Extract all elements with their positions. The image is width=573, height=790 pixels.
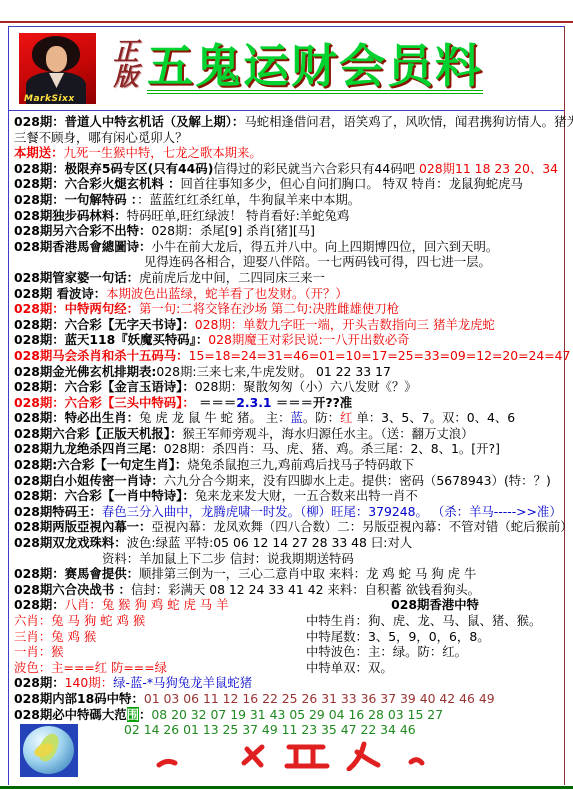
photo-face-shape <box>46 46 67 72</box>
text-segment: 028期：六合彩火煺玄机料 ： <box>14 176 180 191</box>
text-line: 028期：一句解特码 ：：蓝蓝红红杀红单，牛狗鼠羊来中本期。 <box>14 192 564 208</box>
text-line: 028期：极限弃5码专区(只有44码)信得过的彩民就当六合彩只有44码吧 028… <box>14 161 564 177</box>
panel-lines: 中特生肖：狗、虎、龙、马、鼠、猪、猴。中特尾数：3、5，9，0，6，8。中特波色… <box>306 613 564 675</box>
text-segment: 2.3.1 <box>236 395 271 410</box>
text-line: 三餐不顾身，哪有闲心觅卯人？ <box>14 130 564 146</box>
text-segment: 028期：六合彩【一肖中特诗】： <box>14 488 195 503</box>
text-line: 028期白小姐传密一肖诗：六九分合今期来，没有四脚水上走。提供：密码（56789… <box>14 473 564 489</box>
text-line: 028期独步码林料：特码旺单,旺红绿波！ 特肖看好:羊蛇兔鸡 <box>14 208 564 224</box>
text-segment: 028期另六合彩不出特： <box>14 223 151 238</box>
text-segment: 028期必中特碼大范 <box>14 707 127 722</box>
text-line: 028期管家婆一句话：虎前虎后龙中间，二四同床三来一 <box>14 270 564 286</box>
text-line: 028期六合彩【正版天机报】：猴王军师旁观斗，海水归源任水主。（送：翻万丈浪） <box>14 426 564 442</box>
text-segment: 波色:绿蓝 平特:05 06 12 14 27 28 33 48 曰:对人 <box>127 535 413 550</box>
text-segment: 028期：特必出生肖： <box>14 410 139 425</box>
page-title: 五鬼运财会员料 <box>147 43 483 94</box>
text-segment: 028期：杀尾[9] 杀肖[猪][马] <box>151 223 315 238</box>
text-segment: 一肖：猴 <box>14 644 64 659</box>
text-line: 028期特码王：春色三分入曲中，龙腾虎啸一时发。（柳）旺尾：379248。 （杀… <box>14 504 564 520</box>
text-line: 028期：140期：绿-蓝-*马狗兔龙羊鼠蛇猪 <box>14 675 306 691</box>
text-segment: 第一句:二将交锋在沙场 第二句:决胜雌雄使刀枪 <box>139 301 399 316</box>
text-line: 中特尾数：3、5，9，0，6，8。 <box>306 629 564 645</box>
text-line: 028期内部18码中特：01 03 06 11 12 16 22 25 26 3… <box>14 691 564 707</box>
text-segment: 028期香港馬會總圖诗： <box>14 239 151 254</box>
text-segment: 028期：聚散匆匆（小）六八发财《？》 <box>195 379 417 394</box>
text-segment: 信得过的彩民就当六合彩只有44码吧 <box>213 161 419 176</box>
text-segment: 本期送： <box>14 145 64 160</box>
content-area: 028期：普道人中特玄机话（及解上期）：马蛇相逢借问君，语笑鸡了，风吹情，闻君携… <box>9 111 564 738</box>
text-line: 028期：赛馬會提供：顺排第三倒为一，三心二意肖中取 来料：龙 鸡 蛇 马 狗 … <box>14 566 564 582</box>
text-line: 028期：六合彩【一肖中特诗】：兔来龙来发大财，一五合数来出特一肖不 <box>14 488 564 504</box>
text-segment: 猴王军师旁观斗，海水归源任水主。（送：翻万丈浪） <box>182 426 473 441</box>
text-segment: 特码旺单,旺红绿波！ 特肖看好:羊蛇兔鸡 <box>127 208 350 223</box>
lottery-tip-sheet-page: { "header": { "edition_mark": "正版", "tit… <box>0 0 573 790</box>
text-line: 028期：普道人中特玄机话（及解上期）：马蛇相逢借问君，语笑鸡了，风吹情，闻君携… <box>14 114 564 130</box>
text-line: 02 14 26 01 13 25 37 49 11 23 35 47 22 3… <box>14 722 564 738</box>
text-line: 一肖：猴 <box>14 644 306 660</box>
text-line: 028期马会杀肖和杀十五码马：15=18=24=31=46=01=10=17=2… <box>14 348 564 364</box>
text-line: 028期：六合彩【金言玉语诗】：028期：聚散匆匆（小）六八发财《？》 <box>14 379 564 395</box>
text-segment: 虎前虎后龙中间，二四同床三来一 <box>139 270 325 285</box>
text-segment: 028期：六合彩【金言玉语诗】： <box>14 379 195 394</box>
two-column-section: 028期：八肖：兔 猴 狗 鸡 蛇 虎 马 羊六肖：兔 马 狗 蛇 鸡 猴三肖：… <box>14 597 564 691</box>
text-line: 中特生肖：狗、虎、龙、马、鼠、猪、猴。 <box>306 613 564 629</box>
text-segment: 028期:六合彩【一句定生肖】： <box>14 457 187 472</box>
text-segment: 烧兔杀鼠抱三九,鸡前鸡后找马子特码敢下 <box>187 457 414 472</box>
main-bordered-box: MarkSixx 正版 五鬼运财会员料 028期：普道人中特玄机话（及解上期）：… <box>8 26 565 785</box>
text-line: 028期另六合彩不出特：028期：杀尾[9] 杀肖[猪][马] <box>14 223 564 239</box>
top-red-divider <box>0 21 573 23</box>
text-segment: 028期马会杀肖和杀十五码马： <box>14 348 189 363</box>
edition-mark: 正版 <box>112 38 137 100</box>
text-segment: 028期 看波诗： <box>14 286 106 301</box>
text-segment: 028期六合彩【正版天机报】： <box>14 426 182 441</box>
text-segment: 028期魔王对彩民说:一八开出数必奇 <box>208 332 409 347</box>
text-segment: 028期：六合彩【无字天书诗】： <box>14 317 195 332</box>
text-segment: 028期独步码林料： <box>14 208 127 223</box>
text-segment: 028期：蓝天118『妖魔买特码』： <box>14 332 208 347</box>
text-segment: 本期波色出蓝绿，蛇羊看了也发财。（开？） <box>106 286 348 301</box>
text-segment: 九死一生猴中特，七龙之歌本期来。 <box>64 145 262 160</box>
text-line: 028期两版亞視內幕一：亞視內幕：龙凤欢舞（四八合数）二：另版亞視內幕：不管对错… <box>14 519 564 535</box>
text-segment: 马蛇相逢借问君，语笑鸡了，风吹情，闻君携狗访情人。猪为 <box>244 114 573 129</box>
text-segment: 中特波色：主：绿。防：红。 <box>306 644 467 659</box>
text-segment: 028期：六合彩【三头中特码】： <box>14 395 195 410</box>
main-text-lines: 028期：普道人中特玄机话（及解上期）：马蛇相逢借问君，语笑鸡了，风吹情，闻君携… <box>14 114 564 597</box>
text-segment: 六九分合今期来，没有四脚水上走。提供：密码（5678943）(特：？) <box>164 473 551 488</box>
text-segment: 。防： <box>303 410 340 425</box>
text-segment: 028期九龙绝杀四肖三尾： <box>14 441 164 456</box>
text-line: 028期必中特碼大范围：08 20 32 07 19 31 43 05 29 0… <box>14 707 564 723</box>
text-line: 028期：六合彩火煺玄机料 ：回首往事知多少，但心自问扪胸口。 特双 特肖：龙鼠… <box>14 176 564 192</box>
text-segment: ：蓝蓝红红杀红单，牛狗鼠羊来中本期。 <box>137 192 360 207</box>
text-segment: 八肖：兔 猴 狗 鸡 蛇 虎 马 羊 <box>65 597 229 612</box>
text-line: 028期：八肖：兔 猴 狗 鸡 蛇 虎 马 羊 <box>14 597 306 613</box>
text-line: 见得连码各相合，迎娶八伴陪。一七两码钱可得，四七进一层。 <box>14 254 564 270</box>
panel-title: 028期香港中特 <box>306 597 564 613</box>
text-line: 028期：中特两句经：第一句:二将交锋在沙场 第二句:决胜雌雄使刀枪 <box>14 301 564 317</box>
text-segment: 01 03 06 11 12 16 22 25 26 31 33 36 37 3… <box>144 691 495 706</box>
text-segment: 140期： <box>65 675 113 690</box>
text-segment: 六肖：兔 马 狗 蛇 鸡 猴 <box>14 613 145 628</box>
woman-portrait-photo: MarkSixx <box>19 33 96 104</box>
text-segment: 028期金光佛玄机排期表: <box>14 364 156 379</box>
text-segment: 15=18=24=31=46=01=10=17=25=33=09=12=20=2… <box>189 348 571 363</box>
text-line: 028期 看波诗：本期波色出蓝绿，蛇羊看了也发财。（开？） <box>14 286 564 302</box>
text-segment: 绿-蓝-*马狗兔龙羊鼠蛇猪 <box>113 675 252 690</box>
text-segment: 028期：普道人中特玄机话（及解上期）： <box>14 114 244 129</box>
hongkong-special-panel: 028期香港中特 中特生肖：狗、虎、龙、马、鼠、猪、猴。中特尾数：3、5，9，0… <box>306 597 564 691</box>
text-segment: 028期11 18 23 20、34 <box>419 161 558 176</box>
zodiac-picks-column: 028期：八肖：兔 猴 狗 鸡 蛇 虎 马 羊六肖：兔 马 狗 蛇 鸡 猴三肖：… <box>14 597 306 691</box>
text-segment: ＝＝＝ <box>195 395 237 410</box>
text-segment: 08 20 32 07 19 31 43 05 29 04 16 28 03 1… <box>151 707 443 722</box>
text-line: 028期金光佛玄机排期表:028期:三来七来,牛虎发财。 01 22 33 17 <box>14 364 564 380</box>
text-segment: 小牛在前大龙后，得五并八中。向上四期博四位，回六到天明。 <box>151 239 498 254</box>
text-segment: 中特单双：双。 <box>306 660 393 675</box>
text-segment: 028期特码王： <box>14 504 102 519</box>
text-segment: 028期：杀四肖：马、虎、猪、鸡。杀三尾：2、8、1。[开?] <box>164 441 500 456</box>
text-line: 本期送：九死一生猴中特，七龙之歌本期来。 <box>14 145 564 161</box>
text-line: 028期双龙戏珠料：波色:绿蓝 平特:05 06 12 14 27 28 33 … <box>14 535 564 551</box>
text-segment: 02 14 26 01 13 25 37 49 11 23 35 47 22 3… <box>124 722 416 737</box>
text-segment: 028期双龙戏珠料： <box>14 535 127 550</box>
text-segment: 围 <box>127 707 139 722</box>
text-line: 中特波色：主：绿。防：红。 <box>306 644 564 660</box>
red-brush-stroke-fragments <box>149 739 449 771</box>
text-segment: 028期：极限弃5码专区(只有44码) <box>14 161 213 176</box>
photo-caption: MarkSixx <box>24 94 75 104</box>
text-line: 028期香港馬會總圖诗：小牛在前大龙后，得五并八中。向上四期博四位，回六到天明。 <box>14 239 564 255</box>
text-segment: 信封：彩满天 08 12 24 33 41 42 来料：自积蓄 欲钱看狗头。 <box>131 582 480 597</box>
text-line: 波色：主===红 防===绿 <box>14 660 306 676</box>
text-segment: 028期：赛馬會提供： <box>14 566 139 581</box>
text-segment: 单：3、5、7。双：0、4、6 <box>352 410 515 425</box>
text-segment: 回首往事知多少，但心自问扪胸口。 特双 特肖：龙鼠狗蛇虎马 <box>180 176 522 191</box>
text-segment: 红 <box>340 410 352 425</box>
text-segment: 028期：中特两句经： <box>14 301 139 316</box>
text-line: 028期：特必出生肖：兔 虎 龙 鼠 牛 蛇 猪。 主：蓝。防：红 单：3、5、… <box>14 410 564 426</box>
text-segment: 028期： <box>14 597 65 612</box>
text-line: 028期：六合彩【三头中特码】： ＝＝＝2.3.1 ＝＝＝开??准 <box>14 395 564 411</box>
text-segment: 蓝 <box>290 410 302 425</box>
text-line: 资料：羊加鼠上下二步 信封：说我期期送特码 <box>14 551 564 567</box>
page-header: MarkSixx 正版 五鬼运财会员料 <box>9 27 564 111</box>
text-segment: 028期两版亞視內幕一： <box>14 519 151 534</box>
text-segment: 028期内部18码中特： <box>14 691 144 706</box>
text-segment: 028期管家婆一句话： <box>14 270 139 285</box>
text-line: 三肖：兔 鸡 猴 <box>14 629 306 645</box>
text-line: 028期六合决战书 ：信封：彩满天 08 12 24 33 41 42 来料：自… <box>14 582 564 598</box>
text-segment: 028期:三来七来,牛虎发财。 01 22 33 17 <box>156 364 391 379</box>
bottom-green-divider <box>0 786 573 789</box>
text-line: 六肖：兔 马 狗 蛇 鸡 猴 <box>14 613 306 629</box>
text-line: 028期：蓝天118『妖魔买特码』：028期魔王对彩民说:一八开出数必奇 <box>14 332 564 348</box>
text-segment: 028期六合决战书 ： <box>14 582 131 597</box>
text-segment: 028期：单数九字旺一端，开头吉数指向三 猪羊龙虎蛇 <box>195 317 495 332</box>
text-segment: 028期白小姐传密一肖诗： <box>14 473 164 488</box>
text-segment: 亞視內幕：龙凤欢舞（四八合数）二：另版亞視內幕：不管对错（蛇后猴前） <box>151 519 572 534</box>
text-segment: 028期： <box>14 675 65 690</box>
text-line: 中特单双：双。 <box>306 660 564 676</box>
bottom-number-lines: 028期内部18码中特：01 03 06 11 12 16 22 25 26 3… <box>14 691 564 738</box>
text-segment: 三餐不顾身，哪有闲心觅卯人？ <box>14 130 187 145</box>
text-segment: 028期：一句解特码 ： <box>14 192 137 207</box>
text-line: 028期:六合彩【一句定生肖】：烧兔杀鼠抱三九,鸡前鸡后找马子特码敢下 <box>14 457 564 473</box>
text-segment: 见得连码各相合，迎娶八伴陪。一七两码钱可得，四七进一层。 <box>144 254 491 269</box>
text-segment: 资料：羊加鼠上下二步 信封：说我期期送特码 <box>102 551 354 566</box>
text-segment: ： <box>139 707 151 722</box>
text-segment: 三肖：兔 鸡 猴 <box>14 629 96 644</box>
text-segment: 中特尾数：3、5，9，0，6，8。 <box>306 629 490 644</box>
blue-globe-messenger-icon <box>20 724 78 777</box>
text-line: 028期九龙绝杀四肖三尾：028期：杀四肖：马、虎、猪、鸡。杀三尾：2、8、1。… <box>14 441 564 457</box>
text-segment: 兔来龙来发大财，一五合数来出特一肖不 <box>195 488 418 503</box>
text-segment: 波色：主===红 防===绿 <box>14 660 167 675</box>
text-line: 028期：六合彩【无字天书诗】：028期：单数九字旺一端，开头吉数指向三 猪羊龙… <box>14 317 564 333</box>
text-segment: 春色三分入曲中，龙腾虎啸一时发。（柳）旺尾：379248。 （杀：羊马-----… <box>102 504 562 519</box>
text-segment: 顺排第三倒为一，三心二意肖中取 来料：龙 鸡 蛇 马 狗 虎 牛 <box>139 566 476 581</box>
text-segment: 兔 虎 龙 鼠 牛 蛇 猪。 主： <box>139 410 290 425</box>
text-segment: ＝＝＝开??准 <box>272 395 353 410</box>
text-segment: 中特生肖：狗、虎、龙、马、鼠、猪、猴。 <box>306 613 541 628</box>
